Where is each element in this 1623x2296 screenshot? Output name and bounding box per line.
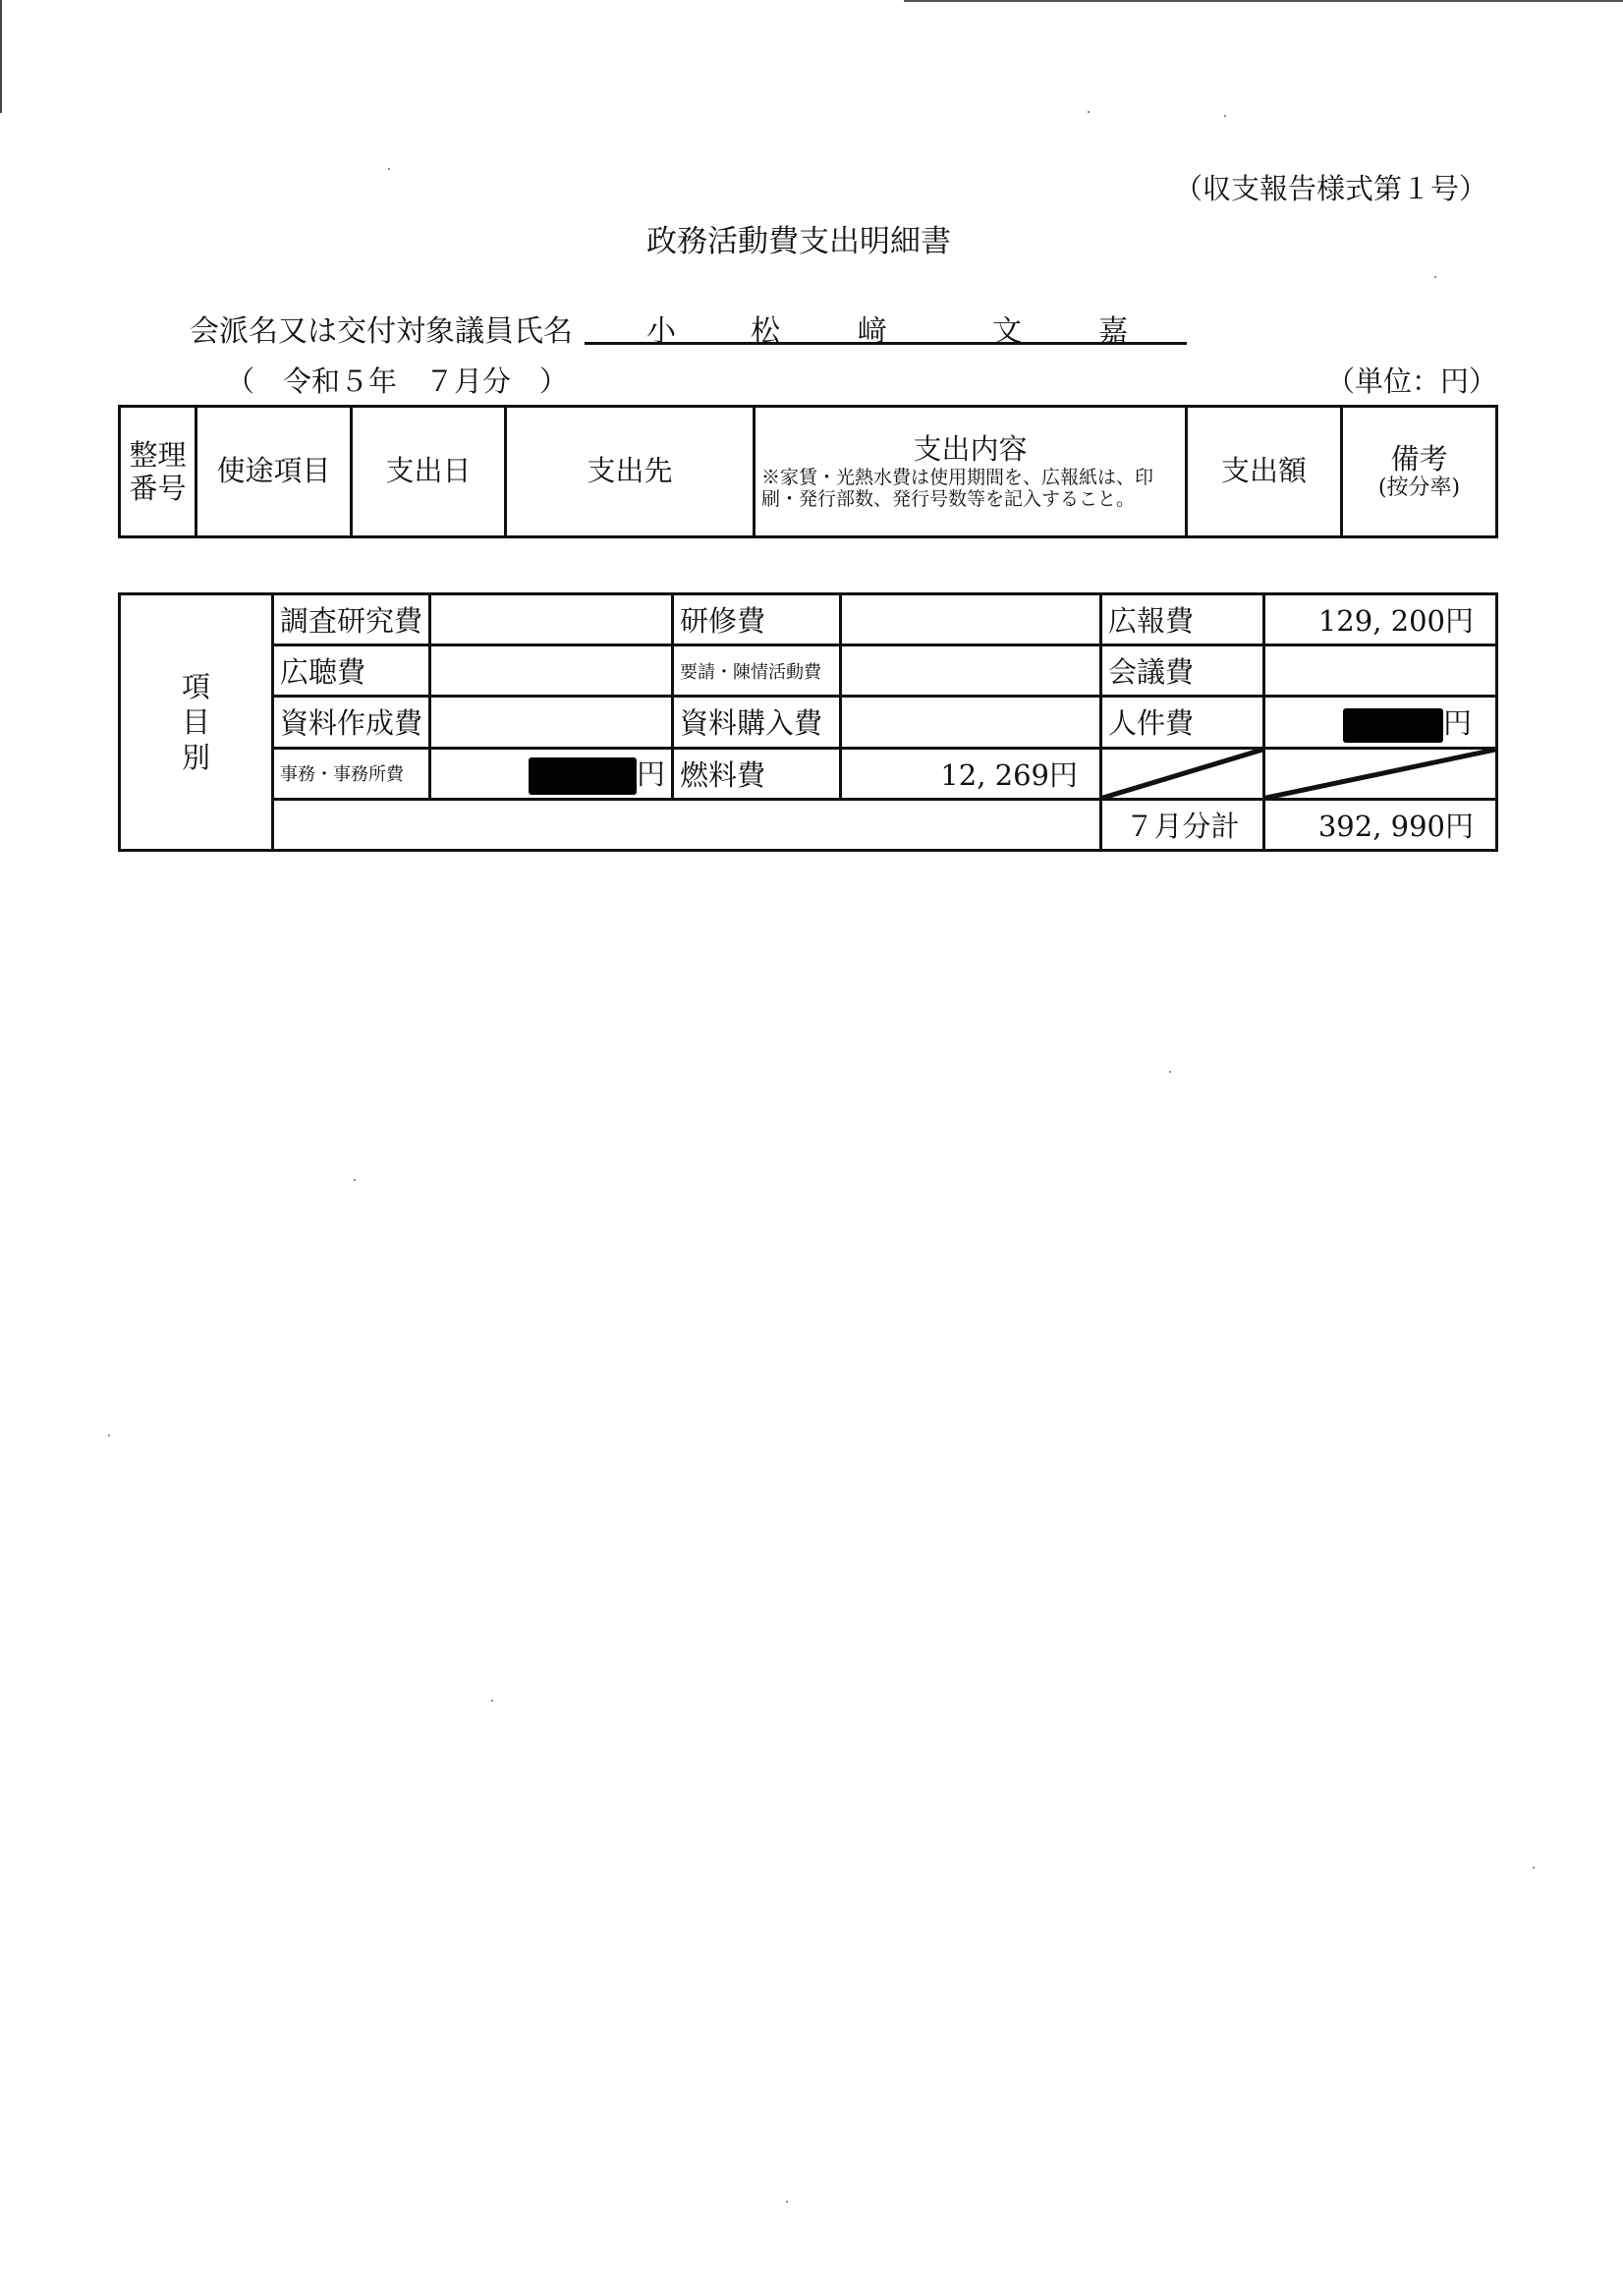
scan-edge-top bbox=[904, 0, 1623, 2]
diagonal-line bbox=[1265, 750, 1495, 798]
header-shishutsu-naiyo: 支出内容 ※家賃・光熱水費は使用期間を、広報紙は、印刷・発行部数、発行号数等を記… bbox=[755, 407, 1187, 537]
member-name-label: 会派名又は交付対象議員氏名 bbox=[190, 307, 573, 350]
category-label: 広報費 bbox=[1101, 594, 1264, 645]
category-label: 燃料費 bbox=[673, 748, 841, 799]
table-row: 広聴費 要請・陳情活動費 会議費 bbox=[120, 645, 1497, 697]
header-shishutsu-saki: 支出先 bbox=[506, 407, 755, 537]
category-amount bbox=[841, 645, 1101, 697]
scan-speck bbox=[1169, 1071, 1171, 1073]
scan-speck bbox=[1088, 111, 1090, 113]
category-label: 広聴費 bbox=[273, 645, 430, 697]
category-amount-redacted: 円 bbox=[1264, 697, 1497, 748]
table-row: ７月分計 392, 990円 bbox=[120, 799, 1497, 850]
report-period: （ 令和５年 ７月分 ） bbox=[226, 360, 568, 400]
category-label: 資料作成費 bbox=[273, 697, 430, 748]
category-amount bbox=[430, 645, 673, 697]
category-amount: 129, 200円 bbox=[1264, 594, 1497, 645]
scan-speck bbox=[108, 1434, 110, 1436]
category-label: 事務・事務所費 bbox=[273, 748, 430, 799]
total-label: ７月分計 bbox=[1101, 799, 1264, 850]
empty-cell-crossed bbox=[1101, 748, 1264, 799]
detail-table-header: 整理 番号 使途項目 支出日 支出先 支出内容 ※家賃・光熱水費は使用期間を、広… bbox=[118, 405, 1498, 538]
category-label: 資料購入費 bbox=[673, 697, 841, 748]
header-naiyo-title: 支出内容 bbox=[756, 433, 1185, 466]
scan-speck bbox=[491, 1700, 493, 1702]
form-number: （収支報告様式第１号） bbox=[1174, 167, 1487, 207]
category-amount bbox=[430, 697, 673, 748]
header-shito-komoku: 使途項目 bbox=[196, 407, 352, 537]
category-label: 人件費 bbox=[1101, 697, 1264, 748]
category-amount bbox=[841, 697, 1101, 748]
category-label: 調査研究費 bbox=[273, 594, 430, 645]
blank-cell bbox=[273, 799, 1101, 850]
category-amount bbox=[841, 594, 1101, 645]
header-biko: 備考 (按分率) bbox=[1342, 407, 1497, 537]
category-amount: 12, 269円 bbox=[841, 748, 1101, 799]
category-summary-table: 項 目 別 調査研究費 研修費 広報費 129, 200円 広聴費 要請・陳情活… bbox=[118, 592, 1498, 852]
category-amount bbox=[1264, 645, 1497, 697]
scan-speck bbox=[354, 1179, 356, 1181]
scan-speck bbox=[1533, 1867, 1535, 1869]
header-seiri-bango: 整理 番号 bbox=[120, 407, 196, 537]
header-shishutsu-gaku: 支出額 bbox=[1187, 407, 1342, 537]
category-amount-redacted: 円 bbox=[430, 748, 673, 799]
unit-label: （単位：円） bbox=[1326, 360, 1497, 400]
redaction-box bbox=[1343, 708, 1443, 743]
scan-speck bbox=[786, 2201, 788, 2203]
scan-edge-left bbox=[0, 0, 2, 113]
category-label: 会議費 bbox=[1101, 645, 1264, 697]
document-title: 政務活動費支出明細書 bbox=[646, 216, 951, 260]
table-row: 項 目 別 調査研究費 研修費 広報費 129, 200円 bbox=[120, 594, 1497, 645]
category-label: 研修費 bbox=[673, 594, 841, 645]
table-row: 資料作成費 資料購入費 人件費 円 bbox=[120, 697, 1497, 748]
redaction-box bbox=[529, 757, 637, 795]
category-label: 要請・陳情活動費 bbox=[673, 645, 841, 697]
header-shishutsu-bi: 支出日 bbox=[352, 407, 506, 537]
category-amount bbox=[430, 594, 673, 645]
scan-speck bbox=[1434, 276, 1436, 278]
empty-cell-crossed bbox=[1264, 748, 1497, 799]
scan-speck bbox=[388, 168, 390, 170]
table-row: 事務・事務所費 円 燃料費 12, 269円 bbox=[120, 748, 1497, 799]
header-naiyo-note: ※家賃・光熱水費は使用期間を、広報紙は、印刷・発行部数、発行号数等を記入すること… bbox=[756, 467, 1185, 510]
diagonal-line bbox=[1102, 750, 1262, 798]
total-amount: 392, 990円 bbox=[1264, 799, 1497, 850]
member-name-underline bbox=[585, 342, 1187, 345]
row-header-koumoku-betsu: 項 目 別 bbox=[120, 594, 273, 851]
scan-speck bbox=[1224, 115, 1226, 117]
